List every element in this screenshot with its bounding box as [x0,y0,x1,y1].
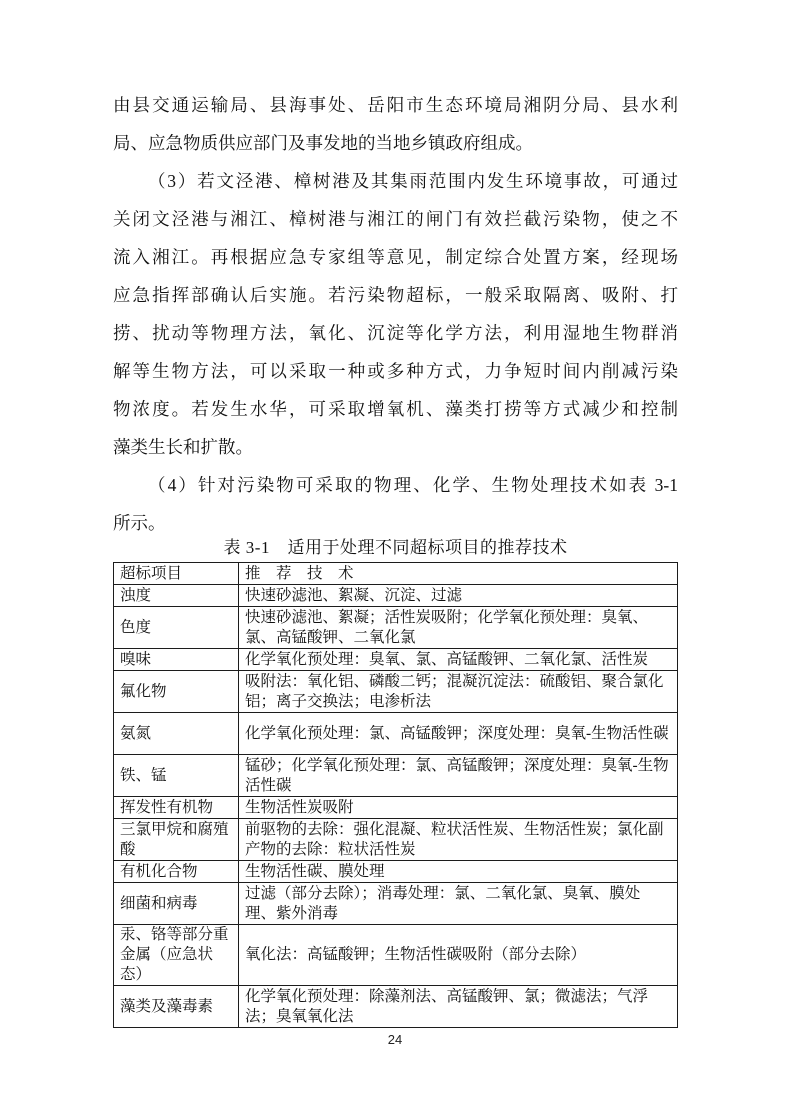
paragraph-line: （4）针对污染物可采取的物理、化学、生物处理技术如表 3-1 [113,466,678,504]
item-cell: 汞、铬等部分重金属（应急状态） [114,925,239,986]
table-row: 三氯甲烷和腐殖酸 前驱物的去除：强化混凝、粒状活性炭、生物活性炭；氯化副产物的去… [114,819,678,861]
header-tech-cell: 推 荐 技 术 [239,563,678,585]
table-row: 色度 快速砂滤池、絮凝；活性炭吸附；化学氧化预处理：臭氧、氯、高锰酸钾、二氧化氯 [114,607,678,649]
paragraph-line: 应急指挥部确认后实施。若污染物超标，一般采取隔离、吸附、打 [113,276,678,314]
table-row: 汞、铬等部分重金属（应急状态） 氧化法：高锰酸钾；生物活性碳吸附（部分去除） [114,925,678,986]
item-cell: 细菌和病毒 [114,883,239,925]
table-row: 细菌和病毒 过滤（部分去除）；消毒处理：氯、二氧化氯、臭氧、膜处理、紫外消毒 [114,883,678,925]
table-row: 藻类及藻毒素 化学氧化预处理：除藻剂法、高锰酸钾、氯；微滤法；气浮法；臭氧氧化法 [114,986,678,1028]
tech-cell: 氧化法：高锰酸钾；生物活性碳吸附（部分去除） [239,925,678,986]
item-cell: 藻类及藻毒素 [114,986,239,1028]
tech-cell: 吸附法：氧化铝、磷酸二钙；混凝沉淀法：硫酸铝、聚合氯化铝；离子交换法；电渗析法 [239,671,678,713]
table-caption: 表 3-1 适用于处理不同超标项目的推荐技术 [113,534,678,562]
tech-cell: 前驱物的去除：强化混凝、粒状活性炭、生物活性炭；氯化副产物的去除：粒状活性炭 [239,819,678,861]
paragraph-line: 局、应急物质供应部门及事发地的当地乡镇政府组成。 [113,124,678,162]
item-cell: 挥发性有机物 [114,797,239,819]
tech-cell: 过滤（部分去除）；消毒处理：氯、二氧化氯、臭氧、膜处理、紫外消毒 [239,883,678,925]
table-row: 嗅味 化学氧化预处理：臭氧、氯、高锰酸钾、二氧化氯、活性炭 [114,649,678,671]
document-page: 由县交通运输局、县海事处、岳阳市生态环境局湘阴分局、县水利 局、应急物质供应部门… [0,0,790,1118]
paragraph-line: 藻类生长和扩散。 [113,428,678,466]
treatment-table: 超标项目 推 荐 技 术 浊度 快速砂滤池、絮凝、沉淀、过滤 色度 快速砂滤池、… [113,562,678,1028]
item-cell: 氨氮 [114,713,239,755]
tech-cell: 化学氧化预处理：氯、高锰酸钾；深度处理：臭氧-生物活性碳 [239,713,678,755]
paragraph-line: 物浓度。若发生水华，可采取增氧机、藻类打捞等方式减少和控制 [113,390,678,428]
paragraph-line: 捞、扰动等物理方法，氧化、沉淀等化学方法，利用湿地生物群消 [113,314,678,352]
paragraph-line: 解等生物方法，可以采取一种或多种方式，力争短时间内削减污染 [113,352,678,390]
table-row: 挥发性有机物 生物活性炭吸附 [114,797,678,819]
item-cell: 有机化合物 [114,861,239,883]
paragraph-line: 流入湘江。再根据应急专家组等意见，制定综合处置方案，经现场 [113,238,678,276]
tech-cell: 生物活性炭吸附 [239,797,678,819]
tech-cell: 快速砂滤池、絮凝、沉淀、过滤 [239,585,678,607]
item-cell: 嗅味 [114,649,239,671]
table-row: 浊度 快速砂滤池、絮凝、沉淀、过滤 [114,585,678,607]
item-cell: 三氯甲烷和腐殖酸 [114,819,239,861]
item-cell: 色度 [114,607,239,649]
tech-cell: 化学氧化预处理：除藻剂法、高锰酸钾、氯；微滤法；气浮法；臭氧氧化法 [239,986,678,1028]
document-body: 由县交通运输局、县海事处、岳阳市生态环境局湘阴分局、县水利 局、应急物质供应部门… [113,86,678,542]
table-row: 有机化合物 生物活性碳、膜处理 [114,861,678,883]
table-row: 铁、锰 锰砂；化学氧化预处理：氯、高锰酸钾；深度处理：臭氧-生物活性碳 [114,755,678,797]
table-row: 氨氮 化学氧化预处理：氯、高锰酸钾；深度处理：臭氧-生物活性碳 [114,713,678,755]
header-item-cell: 超标项目 [114,563,239,585]
paragraph-line: （3）若文泾港、樟树港及其集雨范围内发生环境事故，可通过 [113,162,678,200]
page-number: 24 [0,1032,790,1052]
tech-cell: 化学氧化预处理：臭氧、氯、高锰酸钾、二氧化氯、活性炭 [239,649,678,671]
tech-cell: 锰砂；化学氧化预处理：氯、高锰酸钾；深度处理：臭氧-生物活性碳 [239,755,678,797]
tech-cell: 快速砂滤池、絮凝；活性炭吸附；化学氧化预处理：臭氧、氯、高锰酸钾、二氧化氯 [239,607,678,649]
paragraph-line: 由县交通运输局、县海事处、岳阳市生态环境局湘阴分局、县水利 [113,86,678,124]
item-cell: 氟化物 [114,671,239,713]
table-row: 氟化物 吸附法：氧化铝、磷酸二钙；混凝沉淀法：硫酸铝、聚合氯化铝；离子交换法；电… [114,671,678,713]
paragraph-line: 关闭文泾港与湘江、樟树港与湘江的闸门有效拦截污染物，使之不 [113,200,678,238]
item-cell: 铁、锰 [114,755,239,797]
table-header-row: 超标项目 推 荐 技 术 [114,563,678,585]
tech-cell: 生物活性碳、膜处理 [239,861,678,883]
item-cell: 浊度 [114,585,239,607]
